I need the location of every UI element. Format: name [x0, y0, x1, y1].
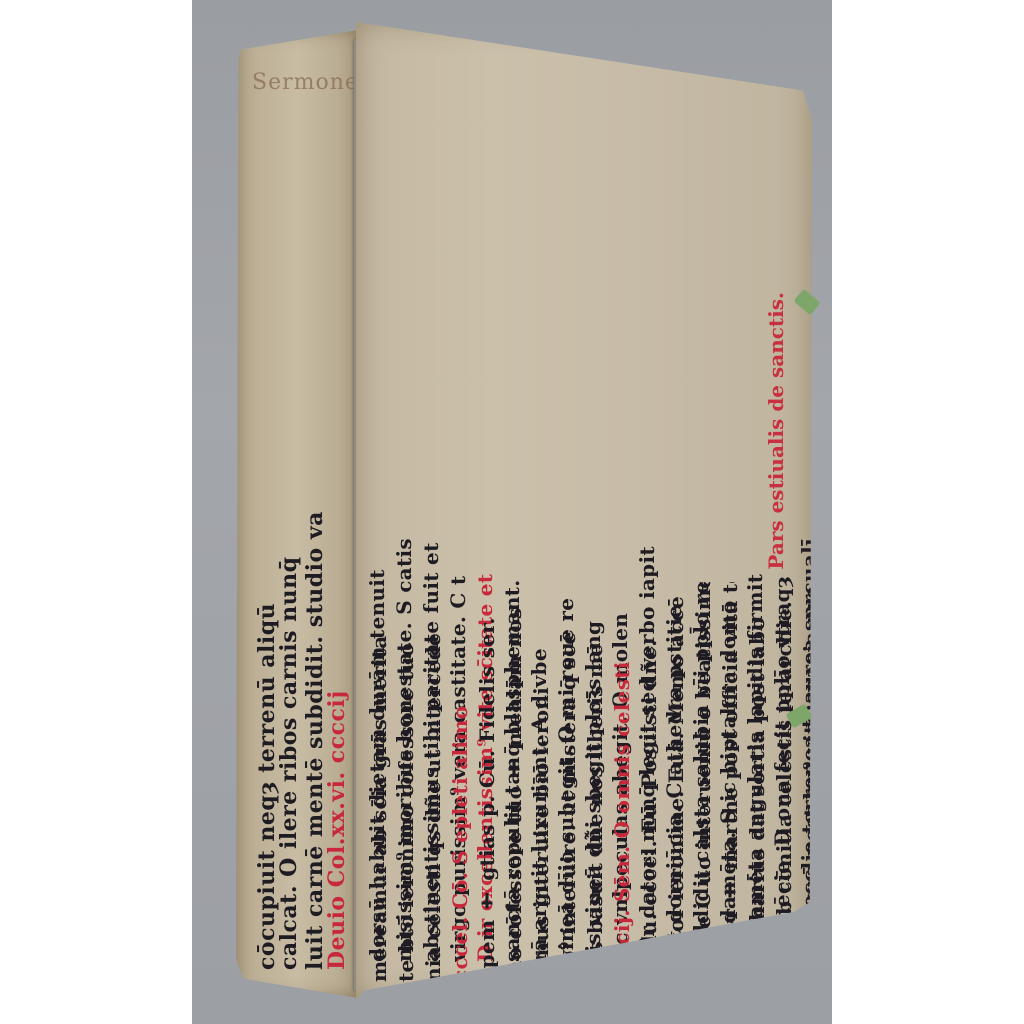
text-line: mo cōfessore tuo ✝ mehlām nos [501, 582, 528, 982]
text-line: cccel. Cō. S epleti alimo [447, 582, 474, 982]
text-line: ccccij. Sēm. O omnis celesti [609, 582, 636, 982]
text-line: opem ✝ gtias p. Cū. Fidelis ser. [474, 582, 501, 982]
spine-rubric: Deuio Col.xx.vi. ccccij [324, 590, 350, 970]
text-line: tib⁹ interuire. ut mistera q̄ scē [555, 582, 582, 982]
text-line: dit lu. cccel. Eū. Posuisti dñe. [636, 582, 663, 982]
book-spine: Sermones cōcupiuit neqȝ terrenū aliqū ca… [236, 30, 358, 998]
text-line: bus basuit dñe nos liberis mē [582, 582, 609, 982]
spine-label: Sermones [252, 70, 352, 95]
text-line: nia celesti qs dñe ut intercede [420, 582, 447, 982]
rubric-heading: Pars estiualis de sanctis. [764, 292, 788, 570]
text-line: res lyr ✝ marthe post officia vitā te [717, 582, 744, 982]
right-text-column: mereamur ab sc̄ia grās merita te btō ier… [366, 582, 836, 982]
text-line: mereamur ab sc̄ia grās merita [366, 582, 393, 982]
text-line: rimus interuire bīō ieroni [528, 582, 555, 982]
text-line: doctor ieronime. Euā. Memo accē [663, 582, 690, 982]
spine-text-line: calcat. O ilere ribos carnis nunq̄ [276, 130, 302, 970]
book: Sermones cōcupiuit neqȝ terrenū aliqū ca… [236, 22, 814, 1000]
text-line: buit ab cōnitia celestis ierarchie. [771, 582, 798, 982]
text-line: R archarius dat sortia post labo [744, 582, 771, 982]
text-line: te btō ieronimo cōfessore tuo [393, 582, 420, 982]
cover-overlay: mereamur ab sc̄ia grās merita te btō ier… [356, 22, 812, 1000]
text-line: marie C uo interueniū o beatissime [690, 582, 717, 982]
